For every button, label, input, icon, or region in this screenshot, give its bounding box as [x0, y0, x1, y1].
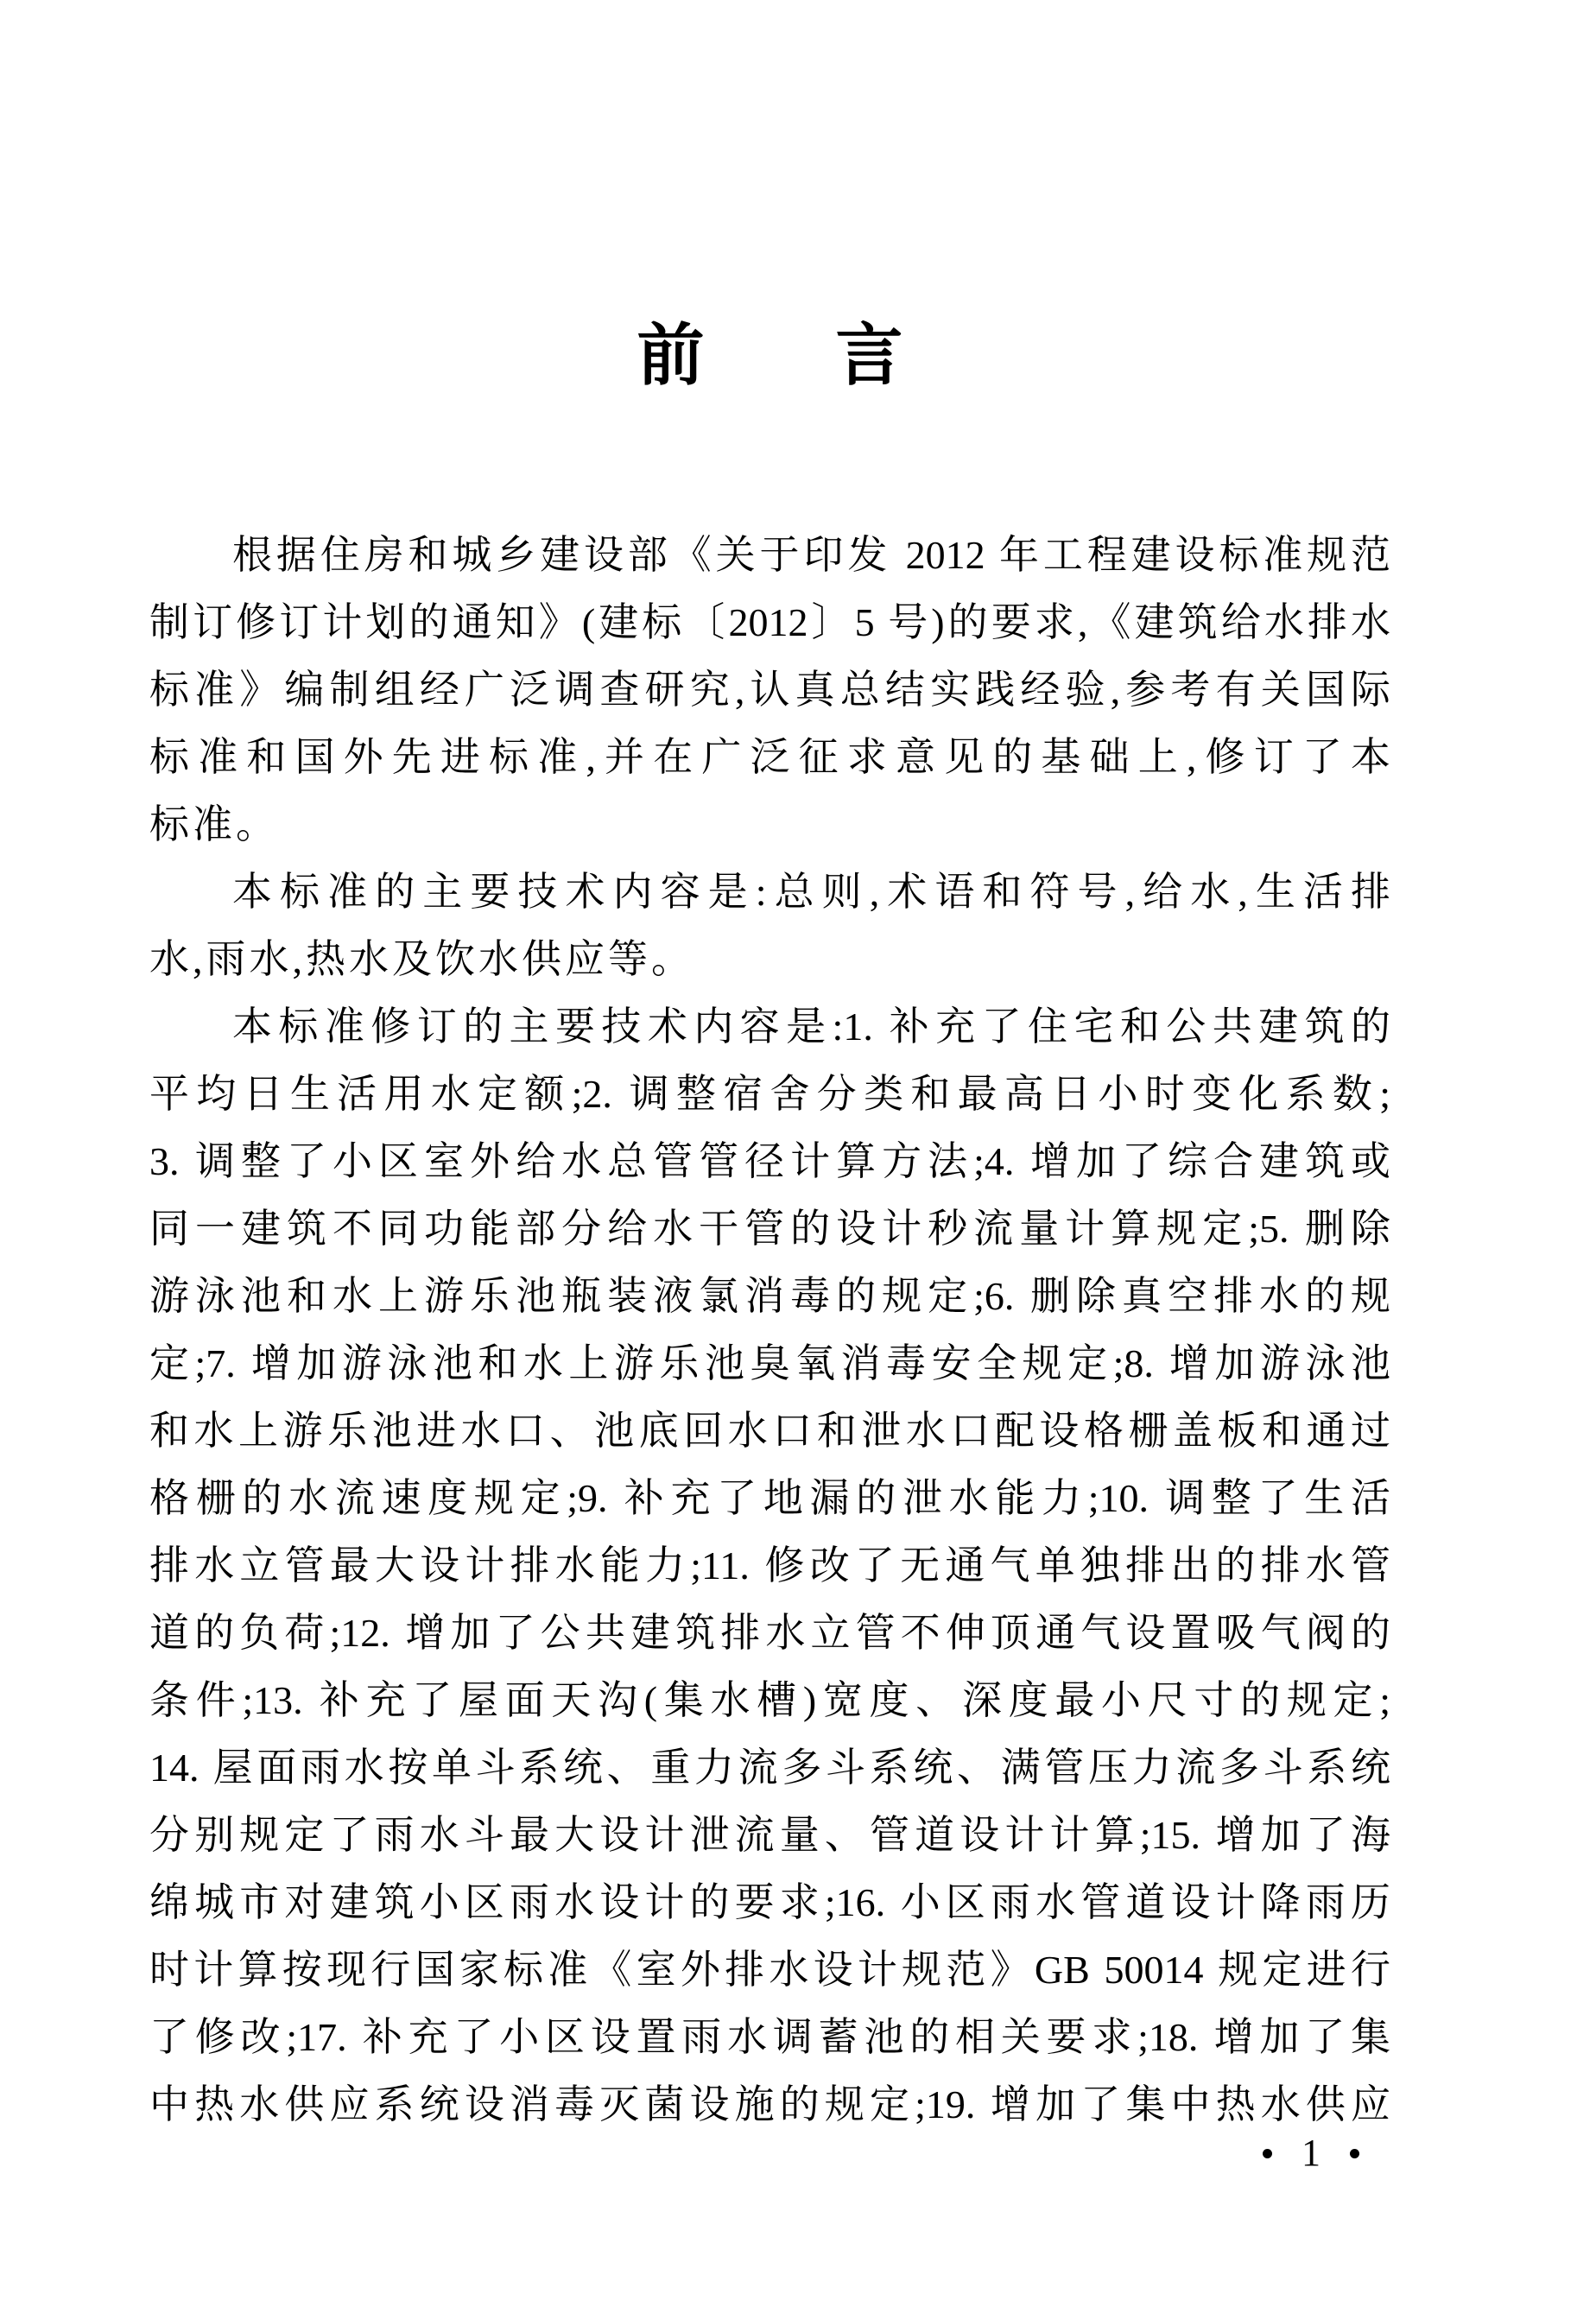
- page-dot-icon: [1263, 2149, 1272, 2158]
- body-line: 绵城市对建筑小区雨水设计的要求;16. 小区雨水管道设计降雨历: [149, 1869, 1390, 1936]
- title-char-yan: 言: [836, 321, 903, 389]
- page-number-value: 1: [1301, 2134, 1320, 2172]
- body-line: 标准和国外先进标准,并在广泛征求意见的基础上,修订了本: [149, 724, 1390, 791]
- page-dot-icon: [1350, 2149, 1359, 2158]
- body-line: 游泳池和水上游乐池瓶装液氯消毒的规定;6. 删除真空排水的规: [149, 1263, 1390, 1330]
- body-line: 中热水供应系统设消毒灭菌设施的规定;19. 增加了集中热水供应: [149, 2071, 1390, 2139]
- body-line: 制订修订计划的通知》(建标〔2012〕5 号)的要求,《建筑给水排水: [149, 589, 1390, 656]
- body-line: 定;7. 增加游泳池和水上游乐池臭氧消毒安全规定;8. 增加游泳池: [149, 1330, 1390, 1397]
- body-line: 条件;13. 补充了屋面天沟(集水槽)宽度、深度最小尺寸的规定;: [149, 1667, 1390, 1734]
- body-line: 根据住房和城乡建设部《关于印发 2012 年工程建设标准规范: [149, 522, 1390, 589]
- body-line: 平均日生活用水定额;2. 调整宿舍分类和最高日小时变化系数;: [149, 1061, 1390, 1128]
- title-char-qian: 前: [636, 321, 704, 389]
- body-line: 道的负荷;12. 增加了公共建筑排水立管不伸顶通气设置吸气阀的: [149, 1600, 1390, 1667]
- body-line: 格栅的水流速度规定;9. 补充了地漏的泄水能力;10. 调整了生活: [149, 1465, 1390, 1532]
- body-line: 本标准的主要技术内容是:总则,术语和符号,给水,生活排: [149, 859, 1390, 926]
- body-line: 标准。: [149, 791, 1390, 859]
- body-line: 分别规定了雨水斗最大设计泄流量、管道设计计算;15. 增加了海: [149, 1802, 1390, 1869]
- body-line: 水,雨水,热水及饮水供应等。: [149, 926, 1390, 993]
- body-line: 了修改;17. 补充了小区设置雨水调蓄池的相关要求;18. 增加了集: [149, 2004, 1390, 2071]
- body-line: 3. 调整了小区室外给水总管管径计算方法;4. 增加了综合建筑或: [149, 1128, 1390, 1195]
- page-title: 前 言: [149, 321, 1390, 389]
- body-line: 排水立管最大设计排水能力;11. 修改了无通气单独排出的排水管: [149, 1532, 1390, 1600]
- body-line: 本标准修订的主要技术内容是:1. 补充了住宅和公共建筑的: [149, 993, 1390, 1061]
- document-page: 前 言 根据住房和城乡建设部《关于印发 2012 年工程建设标准规范 制订修订计…: [0, 0, 1596, 2313]
- body-line: 标准》编制组经广泛调查研究,认真总结实践经验,参考有关国际: [149, 656, 1390, 724]
- body-line: 14. 屋面雨水按单斗系统、重力流多斗系统、满管压力流多斗系统: [149, 1734, 1390, 1802]
- body-line: 时计算按现行国家标准《室外排水设计规范》GB 50014 规定进行: [149, 1936, 1390, 2004]
- page-number: 1: [1263, 2132, 1359, 2175]
- body-line: 同一建筑不同功能部分给水干管的设计秒流量计算规定;5. 删除: [149, 1195, 1390, 1263]
- preface-body: 根据住房和城乡建设部《关于印发 2012 年工程建设标准规范 制订修订计划的通知…: [149, 522, 1390, 2139]
- body-line: 和水上游乐池进水口、池底回水口和泄水口配设格栅盖板和通过: [149, 1397, 1390, 1465]
